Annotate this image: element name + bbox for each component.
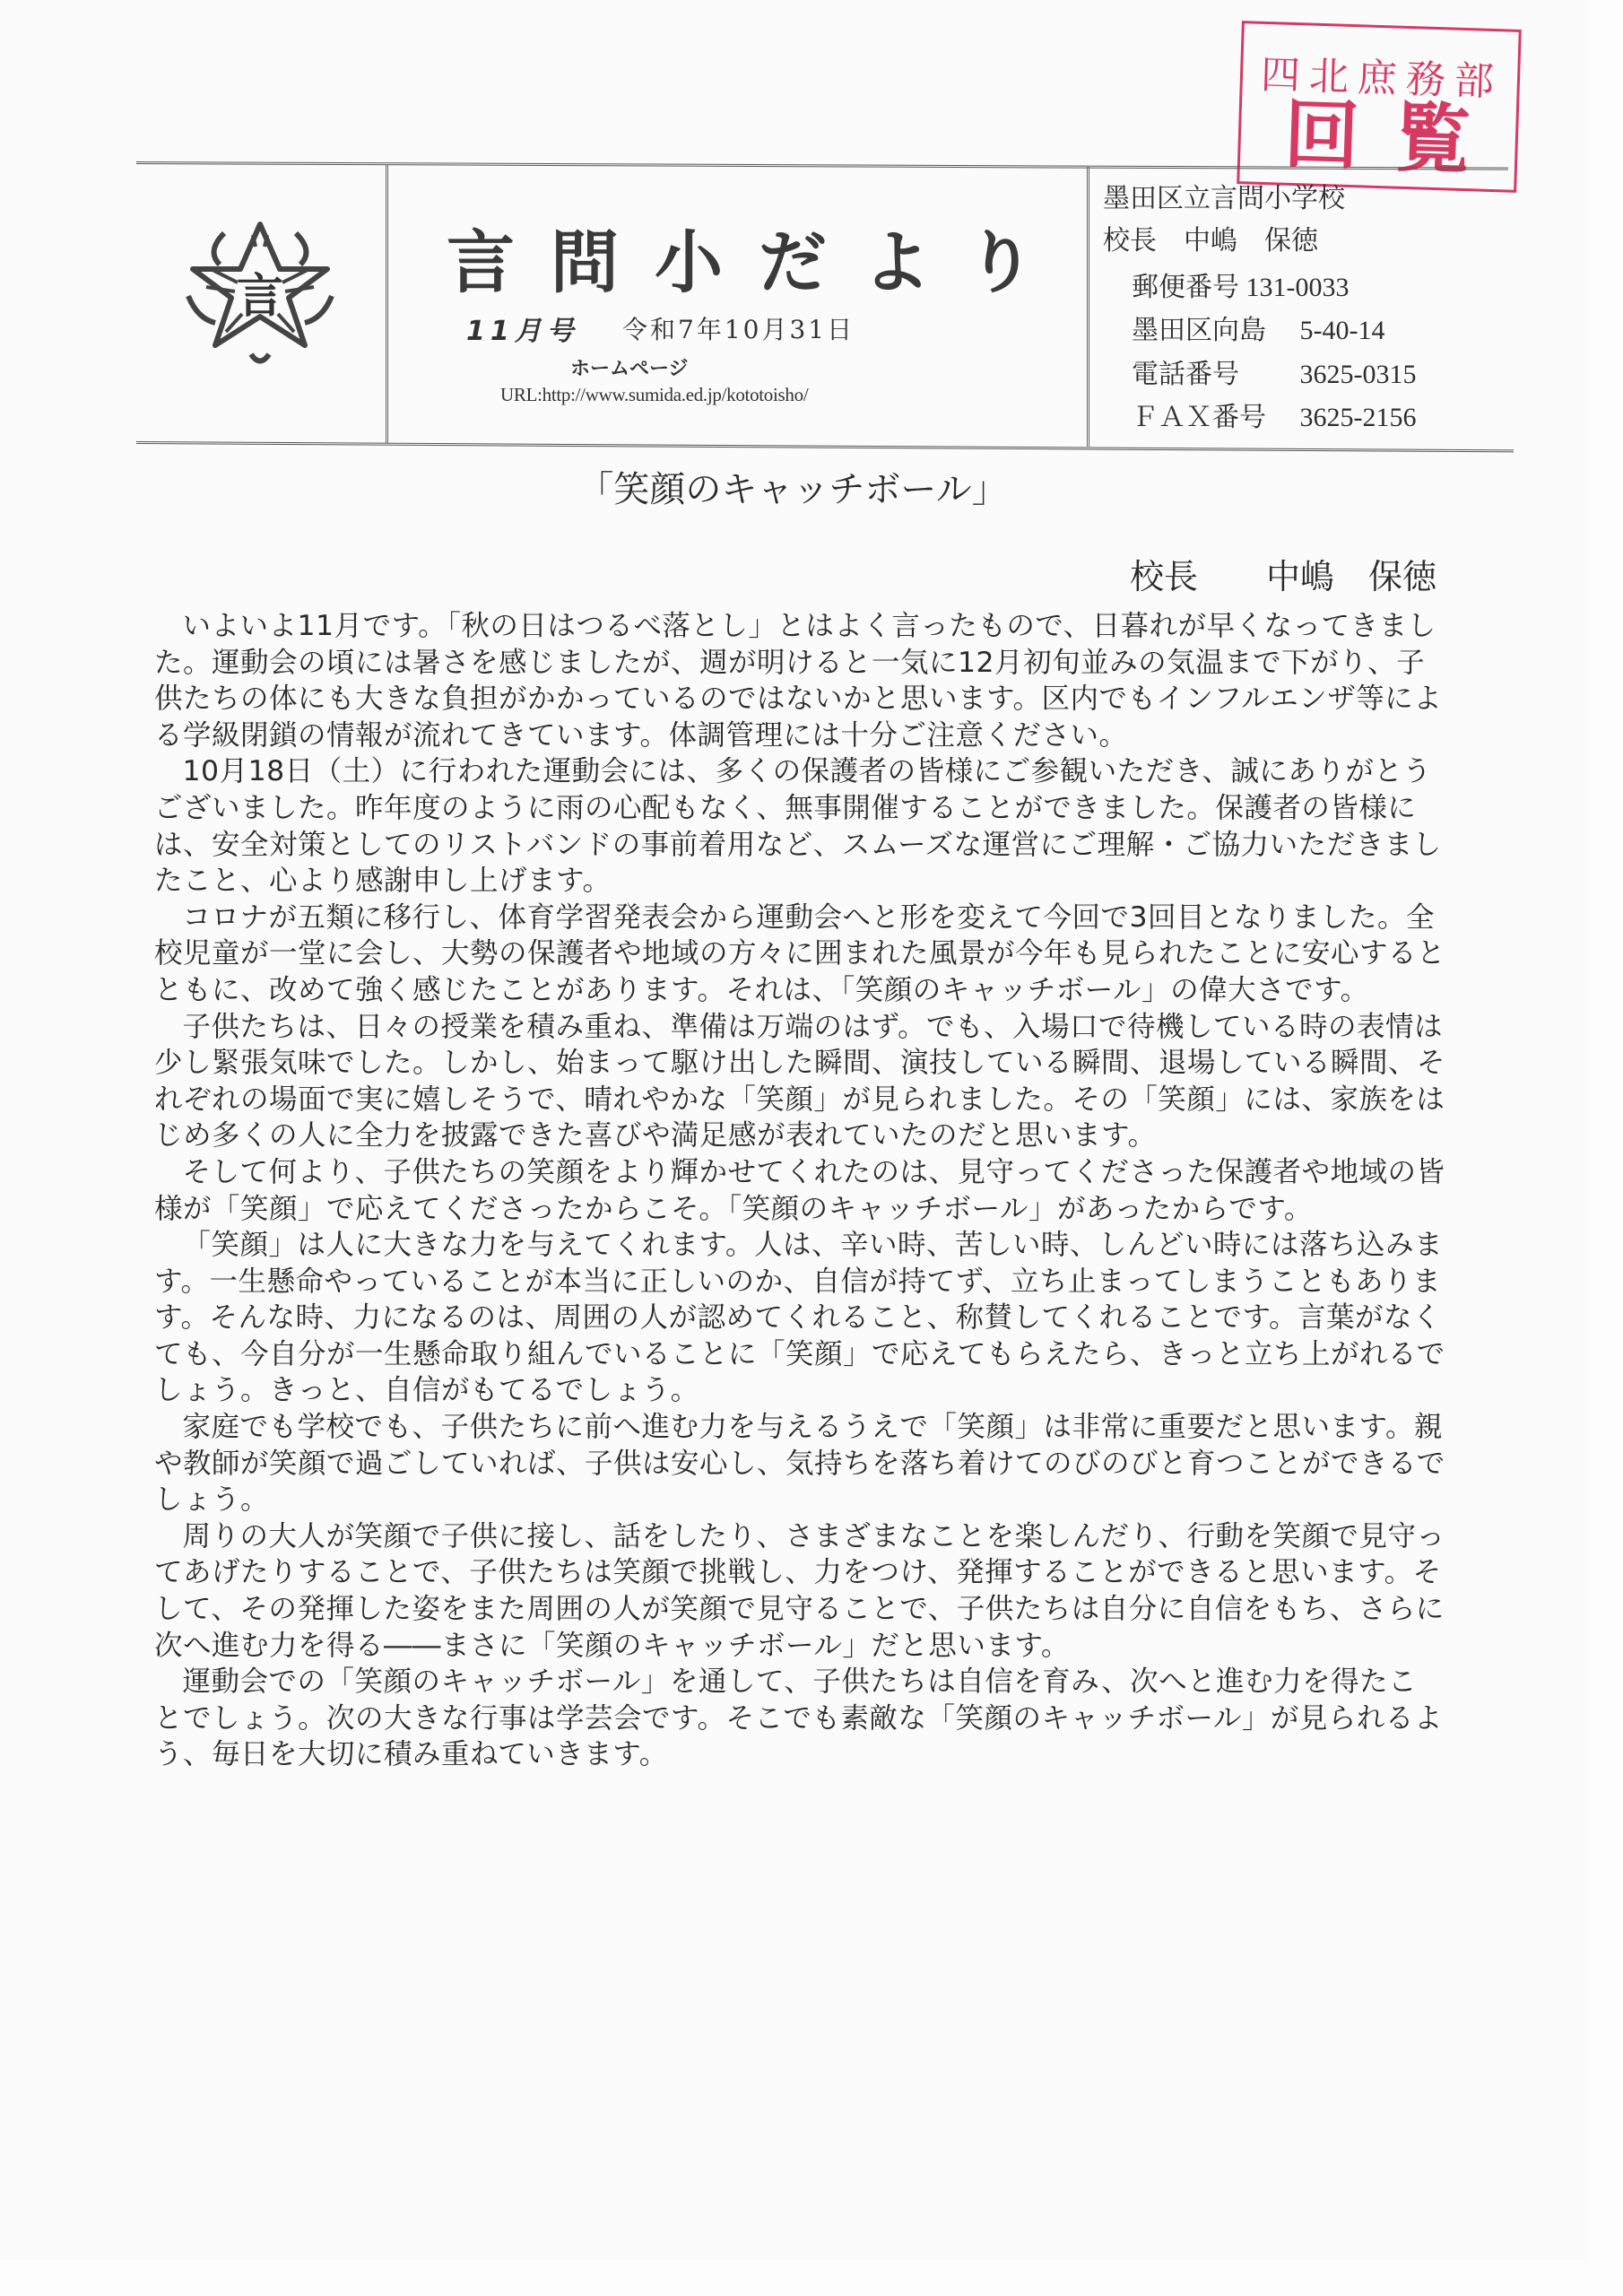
school-emblem-icon: 言: [170, 197, 350, 377]
newsletter-page: 四北庶務部 回覧 言 言問小だより 11月号 令和7年10月31日 ホームページ…: [0, 0, 1585, 2260]
article-paragraph: いよいよ11月です。「秋の日はつるべ落とし」とはよく言ったもので、日暮れが早くな…: [154, 608, 1445, 753]
header-divider-right: [1087, 167, 1089, 447]
article-headline: 「笑顔のキャッチボール」: [0, 461, 1585, 512]
homepage-url[interactable]: URL:http://www.sumida.ed.jp/kototoisho/: [500, 384, 808, 406]
school-address: 墨田区向島 5-40-14: [1132, 308, 1384, 347]
principal-name: 校長 中嶋 保徳: [1103, 218, 1318, 257]
svg-text:言: 言: [237, 270, 283, 324]
fax-number: ＦＡＸ番号 3625-2156: [1132, 395, 1417, 434]
article-paragraph: 運動会での「笑顔のキャッチボール」を通して、子供たちは自信を育み、次へと進む力を…: [154, 1664, 1445, 1773]
article-byline: 校長 中嶋 保徳: [1130, 549, 1436, 598]
article-paragraph: 子供たちは、日々の授業を積み重ね、準備は万端のはず。でも、入場口で待機している時…: [154, 1009, 1445, 1154]
article-paragraph: 「笑顔」は人に大きな力を与えてくれます。人は、辛い時、苦しい時、しんどい時には落…: [154, 1227, 1445, 1409]
header-bottom-rule: [136, 441, 1514, 452]
homepage-label: ホームページ: [570, 353, 689, 381]
article-paragraph: 周りの大人が笑顔で子供に接し、話をしたり、さまざまなことを楽しんだり、行動を笑顔…: [154, 1518, 1445, 1664]
issue-date: 令和7年10月31日: [622, 310, 855, 346]
school-name: 墨田区立言問小学校: [1103, 176, 1345, 215]
article-paragraph: 10月18日（土）に行われた運動会には、多くの保護者の皆様にご参観いただき、誠に…: [154, 753, 1445, 899]
article-paragraph: コロナが五類に移行し、体育学習発表会から運動会へと形を変えて今回で3回目となりま…: [154, 900, 1445, 1009]
newsletter-title: 言問小だより: [447, 208, 1071, 306]
article-paragraph: そして何より、子供たちの笑顔をより輝かせてくれたのは、見守ってくださった保護者や…: [154, 1154, 1445, 1227]
postal-code: 郵便番号 131-0033: [1132, 265, 1350, 304]
issue-number: 11月号: [466, 309, 579, 348]
phone-number: 電話番号 3625-0315: [1132, 352, 1417, 391]
header-divider-left: [386, 165, 388, 443]
article-body: いよいよ11月です。「秋の日はつるべ落とし」とはよく言ったもので、日暮れが早くな…: [154, 608, 1445, 1773]
article-paragraph: 家庭でも学校でも、子供たちに前へ進む力を与えるうえで「笑顔」は非常に重要だと思い…: [154, 1409, 1445, 1518]
